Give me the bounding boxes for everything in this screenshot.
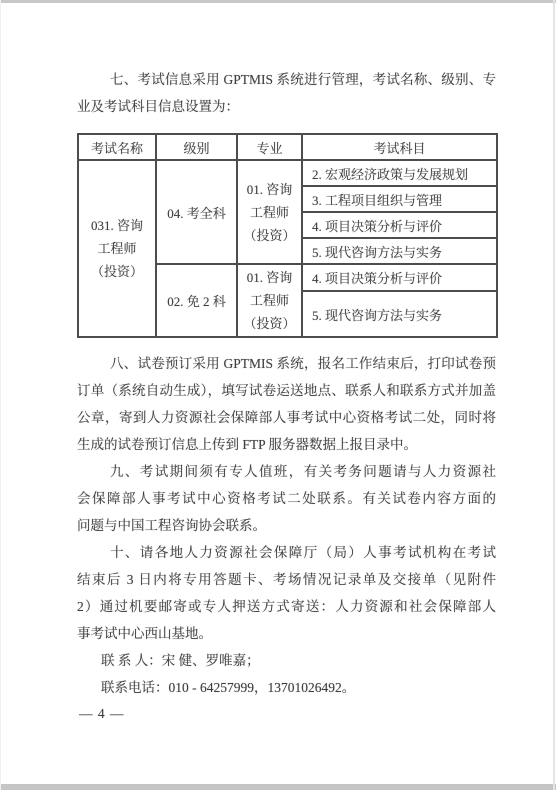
- paragraph-line: 九、考试期间须有专人值班，有关考务问题请与人力资源社: [77, 458, 496, 485]
- document-content: 七、考试信息采用 GPTMIS 系统进行管理，考试名称、级别、专 业及考试科目信…: [77, 66, 496, 701]
- cell-subject: 4. 项目决策分析与评价: [302, 212, 497, 238]
- paragraph-line: 十、请各地人力资源社会保障厅（局）人事考试机构在考试: [77, 539, 496, 566]
- cell-exam-name: 031. 咨询 工程师 （投资）: [78, 160, 156, 337]
- table-header-level: 级别: [156, 134, 237, 160]
- paragraph-7: 七、考试信息采用 GPTMIS 系统进行管理，考试名称、级别、专 业及考试科目信…: [77, 66, 496, 120]
- paragraph-line: 问题与中国工程咨询协会联系。: [77, 512, 496, 539]
- cell-level-exempt: 02. 免 2 科: [156, 264, 237, 337]
- spacer: [77, 338, 496, 350]
- paragraph-line: 会保障部人事考试中心资格考试二处联系。有关试卷内容方面的: [77, 485, 496, 512]
- table-header-major: 专业: [237, 134, 302, 160]
- paragraph-line: 2）通过机要邮寄或专人押送方式寄送：人力资源和社会保障部人: [77, 593, 496, 620]
- paragraph-line: 结束后 3 日内将专用答题卡、考场情况记录单及交接单（见附件: [77, 566, 496, 593]
- exam-subjects-table: 考试名称 级别 专业 考试科目 031. 咨询 工程师 （投资） 04. 考全科…: [77, 133, 498, 338]
- page-frame-right: [553, 0, 555, 790]
- cell-subject: 3. 工程项目组织与管理: [302, 186, 497, 212]
- table-header-exam-name: 考试名称: [78, 134, 156, 160]
- paragraph-8: 八、试卷预订采用 GPTMIS 系统，报名工作结束后，打印试卷预 订单（系统自动…: [77, 350, 496, 458]
- scanned-document-page: 七、考试信息采用 GPTMIS 系统进行管理，考试名称、级别、专 业及考试科目信…: [0, 0, 556, 790]
- paragraph-9: 九、考试期间须有专人值班，有关考务问题请与人力资源社 会保障部人事考试中心资格考…: [77, 458, 496, 539]
- cell-subject: 2. 宏观经济政策与发展规划: [302, 160, 497, 186]
- table-row: 031. 咨询 工程师 （投资） 04. 考全科 01. 咨询 工程师 （投资）…: [78, 160, 497, 186]
- paragraph-line: 订单（系统自动生成），填写试卷运送地点、联系人和联系方式并加盖: [77, 377, 496, 404]
- paragraph-line: 公章，寄到人力资源社会保障部人事考试中心资格考试二处，同时将: [77, 404, 496, 431]
- paragraph-line: 事考试中心西山基地。: [77, 620, 496, 647]
- paragraph-line: 生成的试卷预订信息上传到 FTP 服务器数据上报目录中。: [77, 431, 496, 458]
- paragraph-line: 业及考试科目信息设置为：: [77, 93, 496, 120]
- page-number: — 4 —: [79, 706, 125, 722]
- page-frame-bottom: [0, 784, 556, 790]
- cell-subject: 4. 项目决策分析与评价: [302, 264, 497, 291]
- cell-subject: 5. 现代咨询方法与实务: [302, 238, 497, 264]
- cell-major-full: 01. 咨询 工程师 （投资）: [237, 160, 302, 264]
- contact-person-line: 联 系 人：宋 健、罗唯嘉；: [77, 647, 496, 674]
- cell-major-exempt: 01. 咨询 工程师 （投资）: [237, 264, 302, 337]
- cell-level-full: 04. 考全科: [156, 160, 237, 264]
- table-header-subjects: 考试科目: [302, 134, 497, 160]
- paragraph-10: 十、请各地人力资源社会保障厅（局）人事考试机构在考试 结束后 3 日内将专用答题…: [77, 539, 496, 647]
- contact-phone-line: 联系电话：010 - 64257999，13701026492。: [77, 674, 496, 701]
- paragraph-line: 八、试卷预订采用 GPTMIS 系统，报名工作结束后，打印试卷预: [77, 350, 496, 377]
- page-frame-top: [0, 0, 556, 3]
- paragraph-line: 七、考试信息采用 GPTMIS 系统进行管理，考试名称、级别、专: [77, 66, 496, 93]
- table-header-row: 考试名称 级别 专业 考试科目: [78, 134, 497, 160]
- page-frame-left: [0, 0, 1, 790]
- cell-subject: 5. 现代咨询方法与实务: [302, 291, 497, 337]
